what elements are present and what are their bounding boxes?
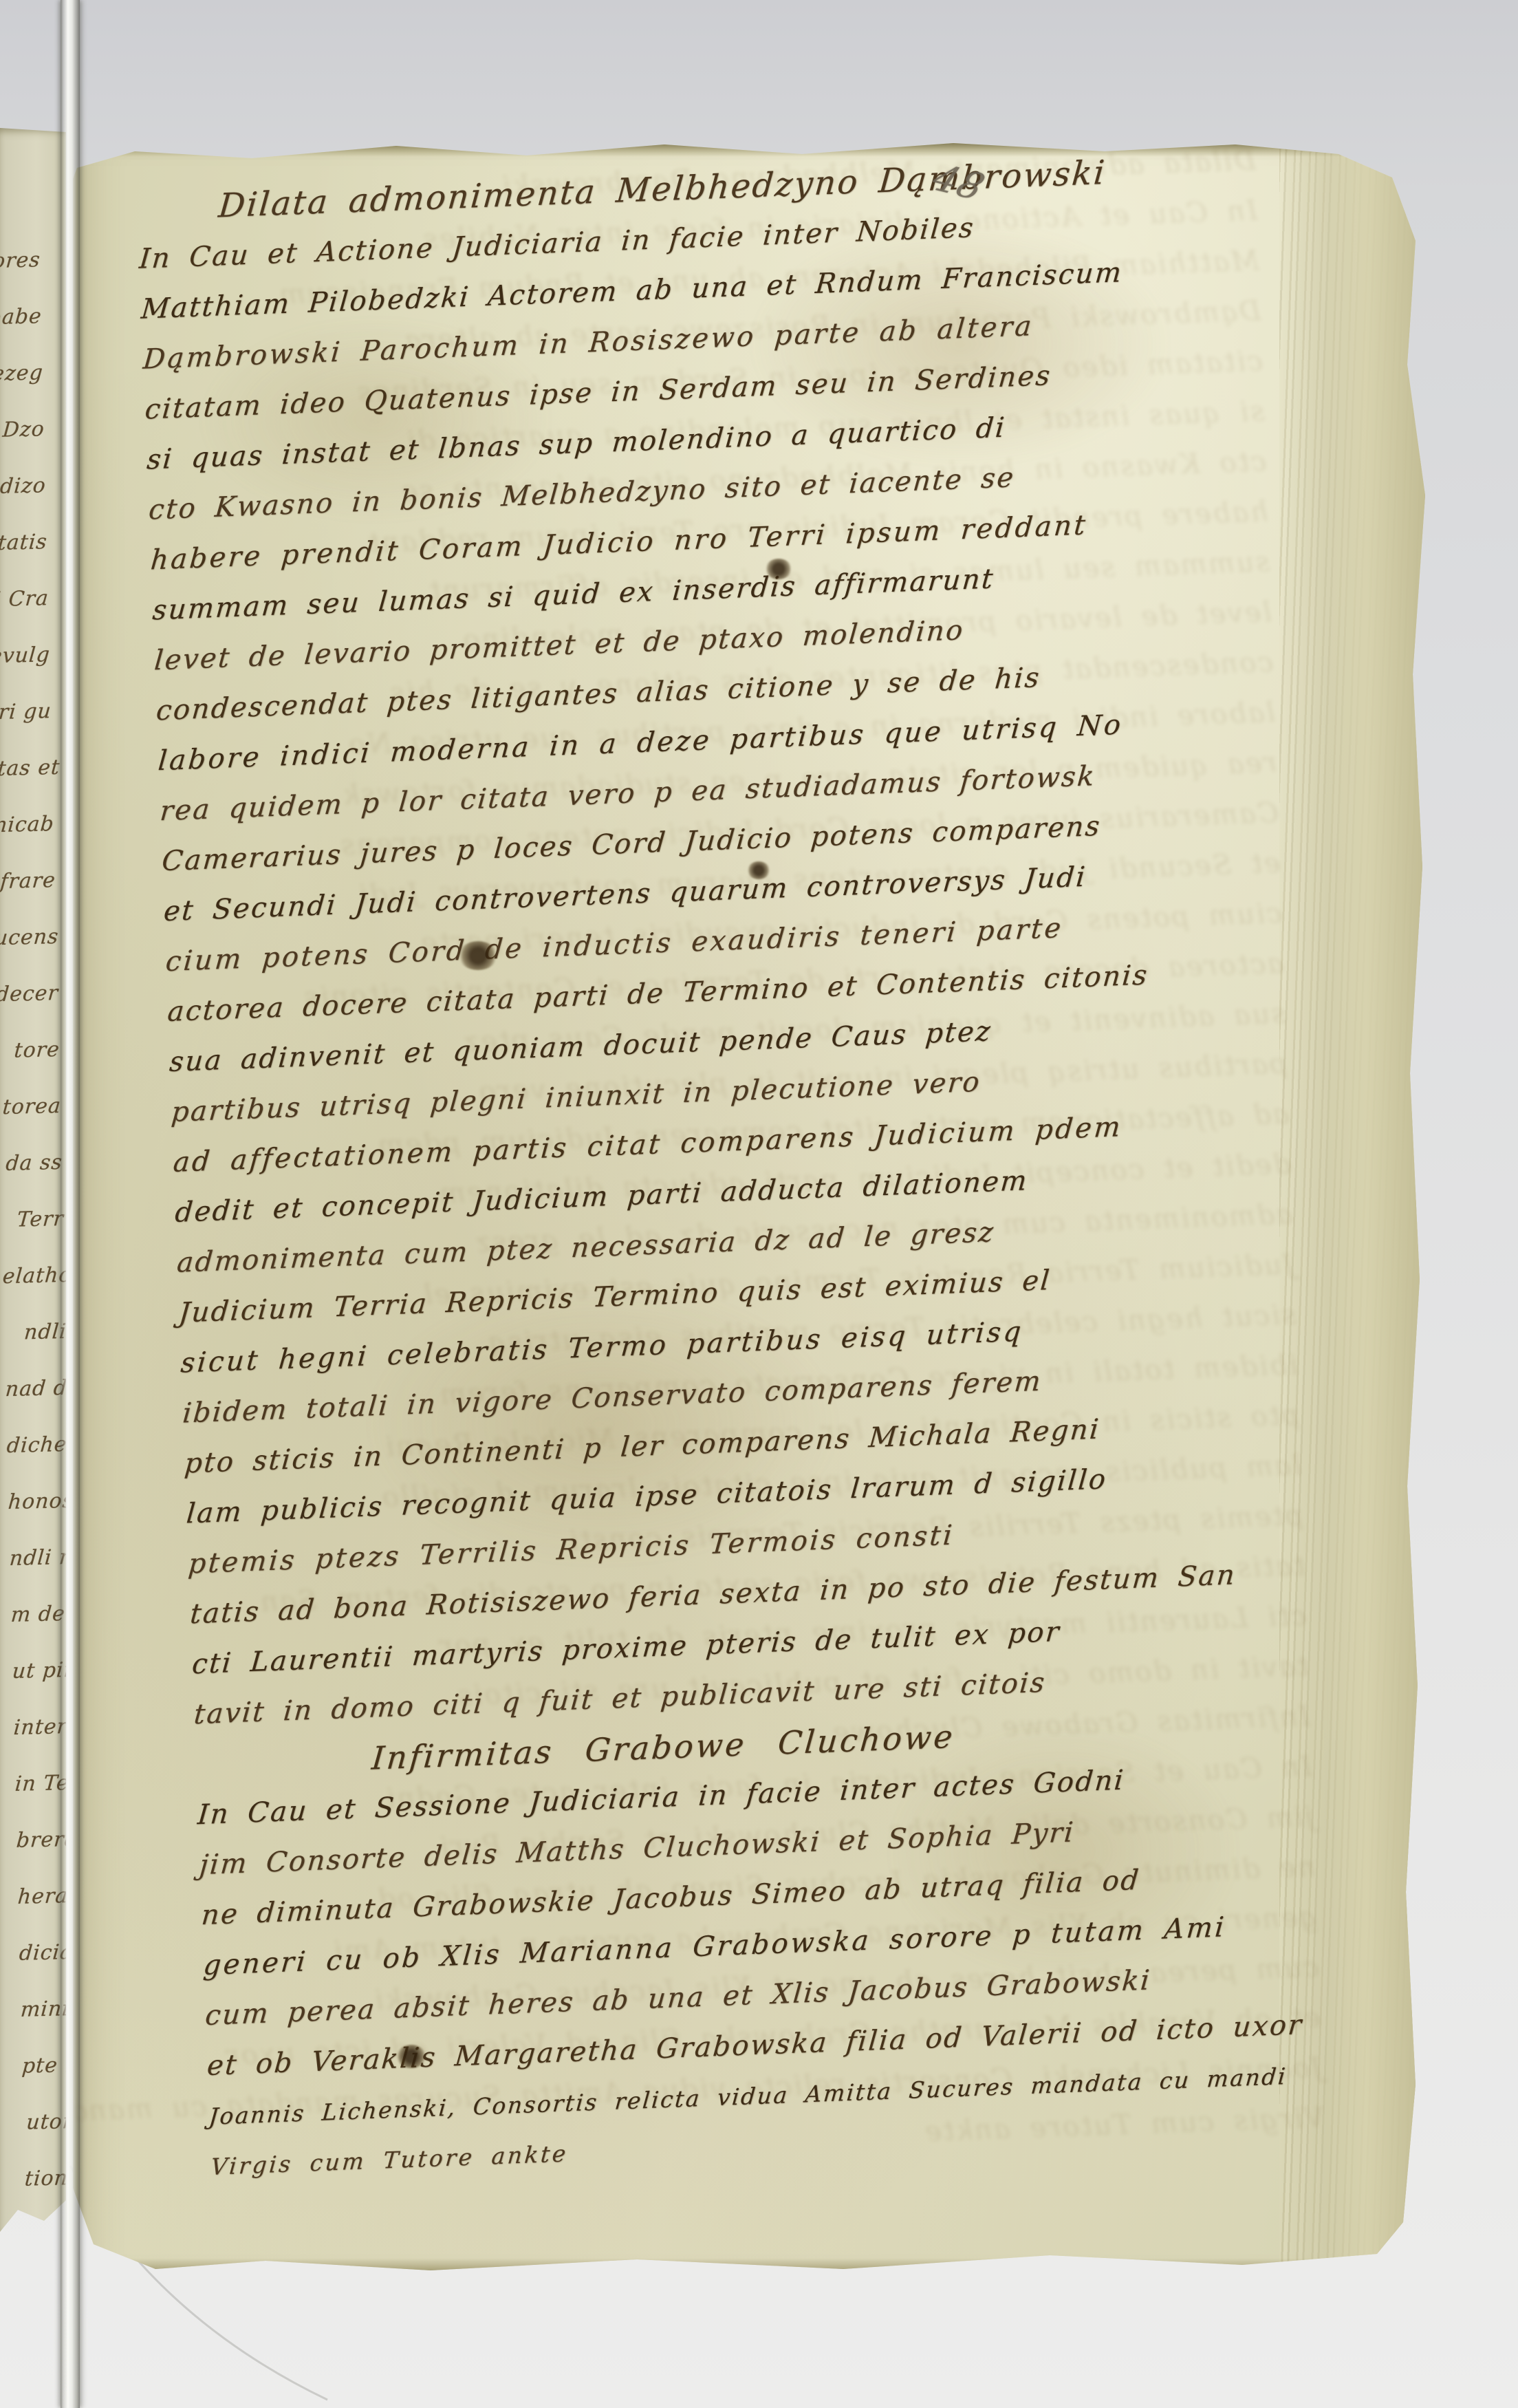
previous-page-line-fragment: pte ne [20, 2036, 66, 2095]
glass-plate-edge [61, 0, 80, 2408]
previous-page-line-fragment: itatis [0, 514, 53, 572]
previous-page-line-fragment: ut pina [10, 1642, 66, 1701]
previous-page-line-fragment: bdizo [0, 458, 52, 516]
previous-page-line-fragment: interdrut [12, 1698, 66, 1756]
previous-page-line-fragment: dicial s [17, 1924, 66, 1982]
previous-page-line-fragment: i Cra [0, 570, 54, 629]
previous-page-line-fragment: utore [21, 2093, 66, 2151]
previous-page-line-fragment: ndli m [8, 1529, 66, 1588]
previous-page-line-fragment: dicher [5, 1417, 66, 1475]
manuscript-text: Dilata admonimenta Melbhedzyno Dąmbrowsk… [133, 140, 1377, 2192]
archival-photo: toresbaberezegDzobdizoitatisi Craevulgri… [0, 0, 1518, 2408]
previous-page-line-fragment: da ss [0, 1135, 66, 1193]
previous-page-line-fragment: nad dn [3, 1360, 66, 1419]
previous-page-line-fragment: torea [0, 1078, 66, 1137]
previous-page-line-fragment: ucens [0, 909, 63, 967]
manuscript-page: 48 Dilata admonimenta Melbhedzyno Dąmbro… [73, 138, 1429, 2283]
previous-page-line-fragment: itas et [0, 740, 58, 798]
previous-page-line-fragment: m devic [9, 1586, 66, 1644]
previous-page-line-fragment: tores [0, 232, 46, 290]
previous-page-line-fragment: evulg [0, 627, 56, 685]
previous-page-line-fragment: nicab [0, 796, 60, 854]
previous-page-line-fragment: honosc [6, 1473, 66, 1531]
previous-page-edge: toresbaberezegDzobdizoitatisi Craevulgri… [0, 128, 66, 2240]
previous-page-line-fragment: in Ter [13, 1754, 66, 1813]
previous-page-line-fragment: ri gu [0, 683, 57, 742]
previous-page-line-fragment: ndli [2, 1304, 66, 1362]
ink-blot [458, 941, 498, 970]
previous-page-line-fragment: Terr [0, 1191, 66, 1249]
ink-blot [396, 2045, 426, 2068]
previous-page-line-fragment: hera ind [16, 1867, 66, 1926]
previous-page-line-fragment: minist [19, 1980, 66, 2039]
previous-page-line-fragment: frare [0, 852, 61, 911]
previous-page-line-fragment: elatho [1, 1247, 66, 1306]
previous-page-line-fragment: rezeg [0, 345, 49, 403]
ink-blot [747, 861, 770, 879]
previous-page-line-fragment: Dzo [0, 401, 50, 460]
previous-page-line-fragment: babe [0, 288, 47, 347]
previous-page-line-fragment: decer [0, 965, 64, 1024]
previous-page-line-fragment: tore [0, 1022, 65, 1080]
previous-page-text-fragments: toresbaberezegDzobdizoitatisi Craevulgri… [0, 128, 66, 2208]
ink-blot [765, 559, 792, 579]
previous-page-line-fragment: brera in [14, 1811, 66, 1869]
